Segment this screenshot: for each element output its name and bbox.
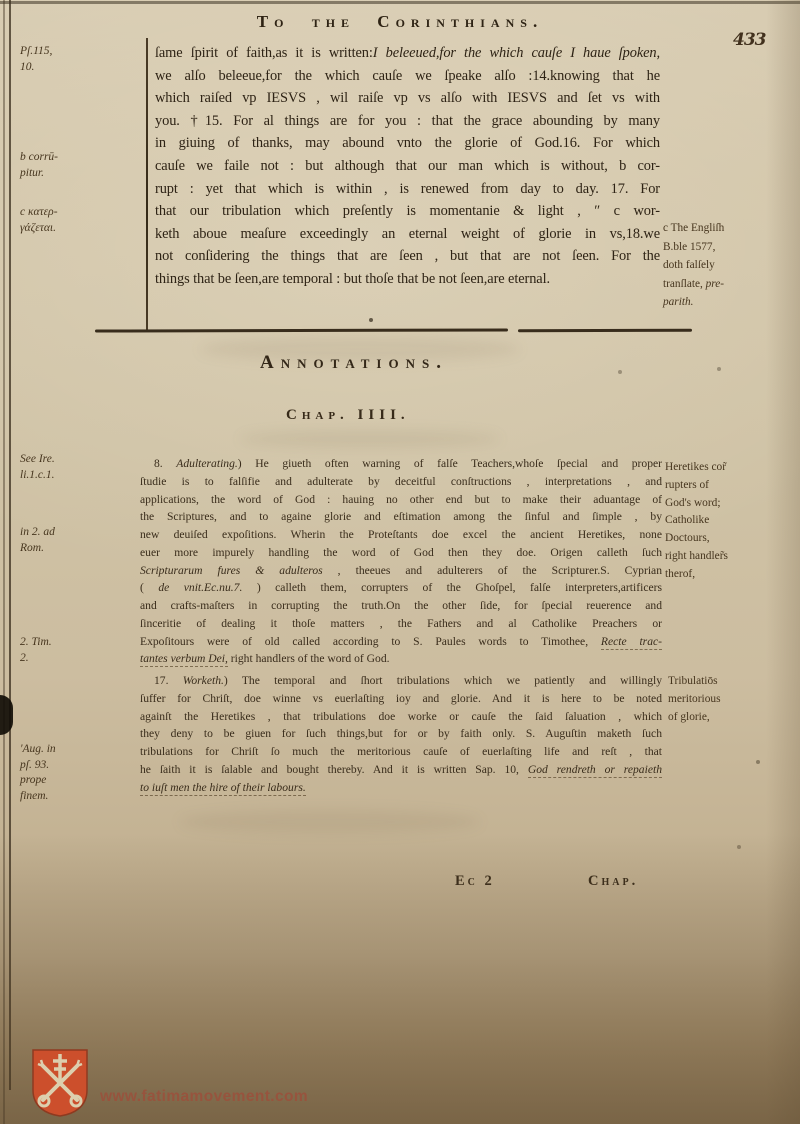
ink-showthrough: [240, 430, 500, 448]
ink-showthrough: [180, 810, 480, 834]
catchword: Chap.: [588, 873, 638, 890]
annotations-text-block: 8. Adulterating.) He giueth often warnin…: [140, 455, 662, 796]
paper-speck: [737, 845, 741, 849]
ink-blot: [0, 695, 13, 735]
margin-note-greek-katergazetai: c κατερ-γάζεται.: [20, 205, 138, 236]
margin-divider-rule: [146, 38, 148, 332]
page-edge-line: [0, 1, 800, 4]
paper-speck: [618, 370, 622, 374]
paper-speck: [756, 760, 760, 764]
paper-speck: [717, 367, 721, 371]
chapter-heading: Chap. IIII.: [286, 407, 410, 424]
section-rule: [95, 328, 508, 332]
page-number: 433: [733, 30, 766, 50]
scripture-text-block: ſame ſpirit of faith,as it is written:I …: [155, 42, 660, 291]
margin-note-psalm-ref: Pſ.115,10.: [20, 44, 138, 75]
watermark-url: www.fatimamovement.com: [100, 1088, 308, 1106]
scanned-book-page: To the Corinthians. 433 ſame ſpirit of f…: [0, 0, 800, 1124]
signature-mark: Ec 2: [455, 873, 495, 890]
margin-note-romans-ref: in 2. adRom.: [20, 525, 138, 556]
margin-note-latin-corrumpitur: b corrū-pitur.: [20, 150, 138, 181]
annotations-heading: Annotations.: [260, 352, 448, 374]
bottom-shadow: [0, 834, 800, 1124]
margin-note-english-bible-1577: c The EngliſhB.ble 1577,doth falſelytran…: [663, 219, 791, 312]
annotation-paragraph-adulterating: 8. Adulterating.) He giueth often warnin…: [140, 455, 662, 668]
running-head-title: To the Corinthians.: [180, 12, 620, 32]
paper-speck: [369, 318, 373, 322]
margin-note-irenaeus-ref: See Ire.li.1.c.1.: [20, 452, 138, 483]
margin-note-timothy-ref: 2. Tim.2.: [20, 635, 138, 666]
annotation-paragraph-worketh: 17. Worketh.) The temporal and ſhort tri…: [140, 672, 662, 796]
margin-note-tribulations-meritorious: Tribulatiōsmeritoriousof glorie,: [668, 673, 794, 726]
section-rule: [518, 329, 692, 333]
margin-note-augustin-ref: 'Aug. inpſ. 93.propefinem.: [20, 742, 138, 804]
papal-keys-crest-icon: [30, 1048, 90, 1118]
margin-note-heretikes-corrupters: Heretikes cor̃rupters ofGod's word;Catho…: [665, 459, 795, 583]
